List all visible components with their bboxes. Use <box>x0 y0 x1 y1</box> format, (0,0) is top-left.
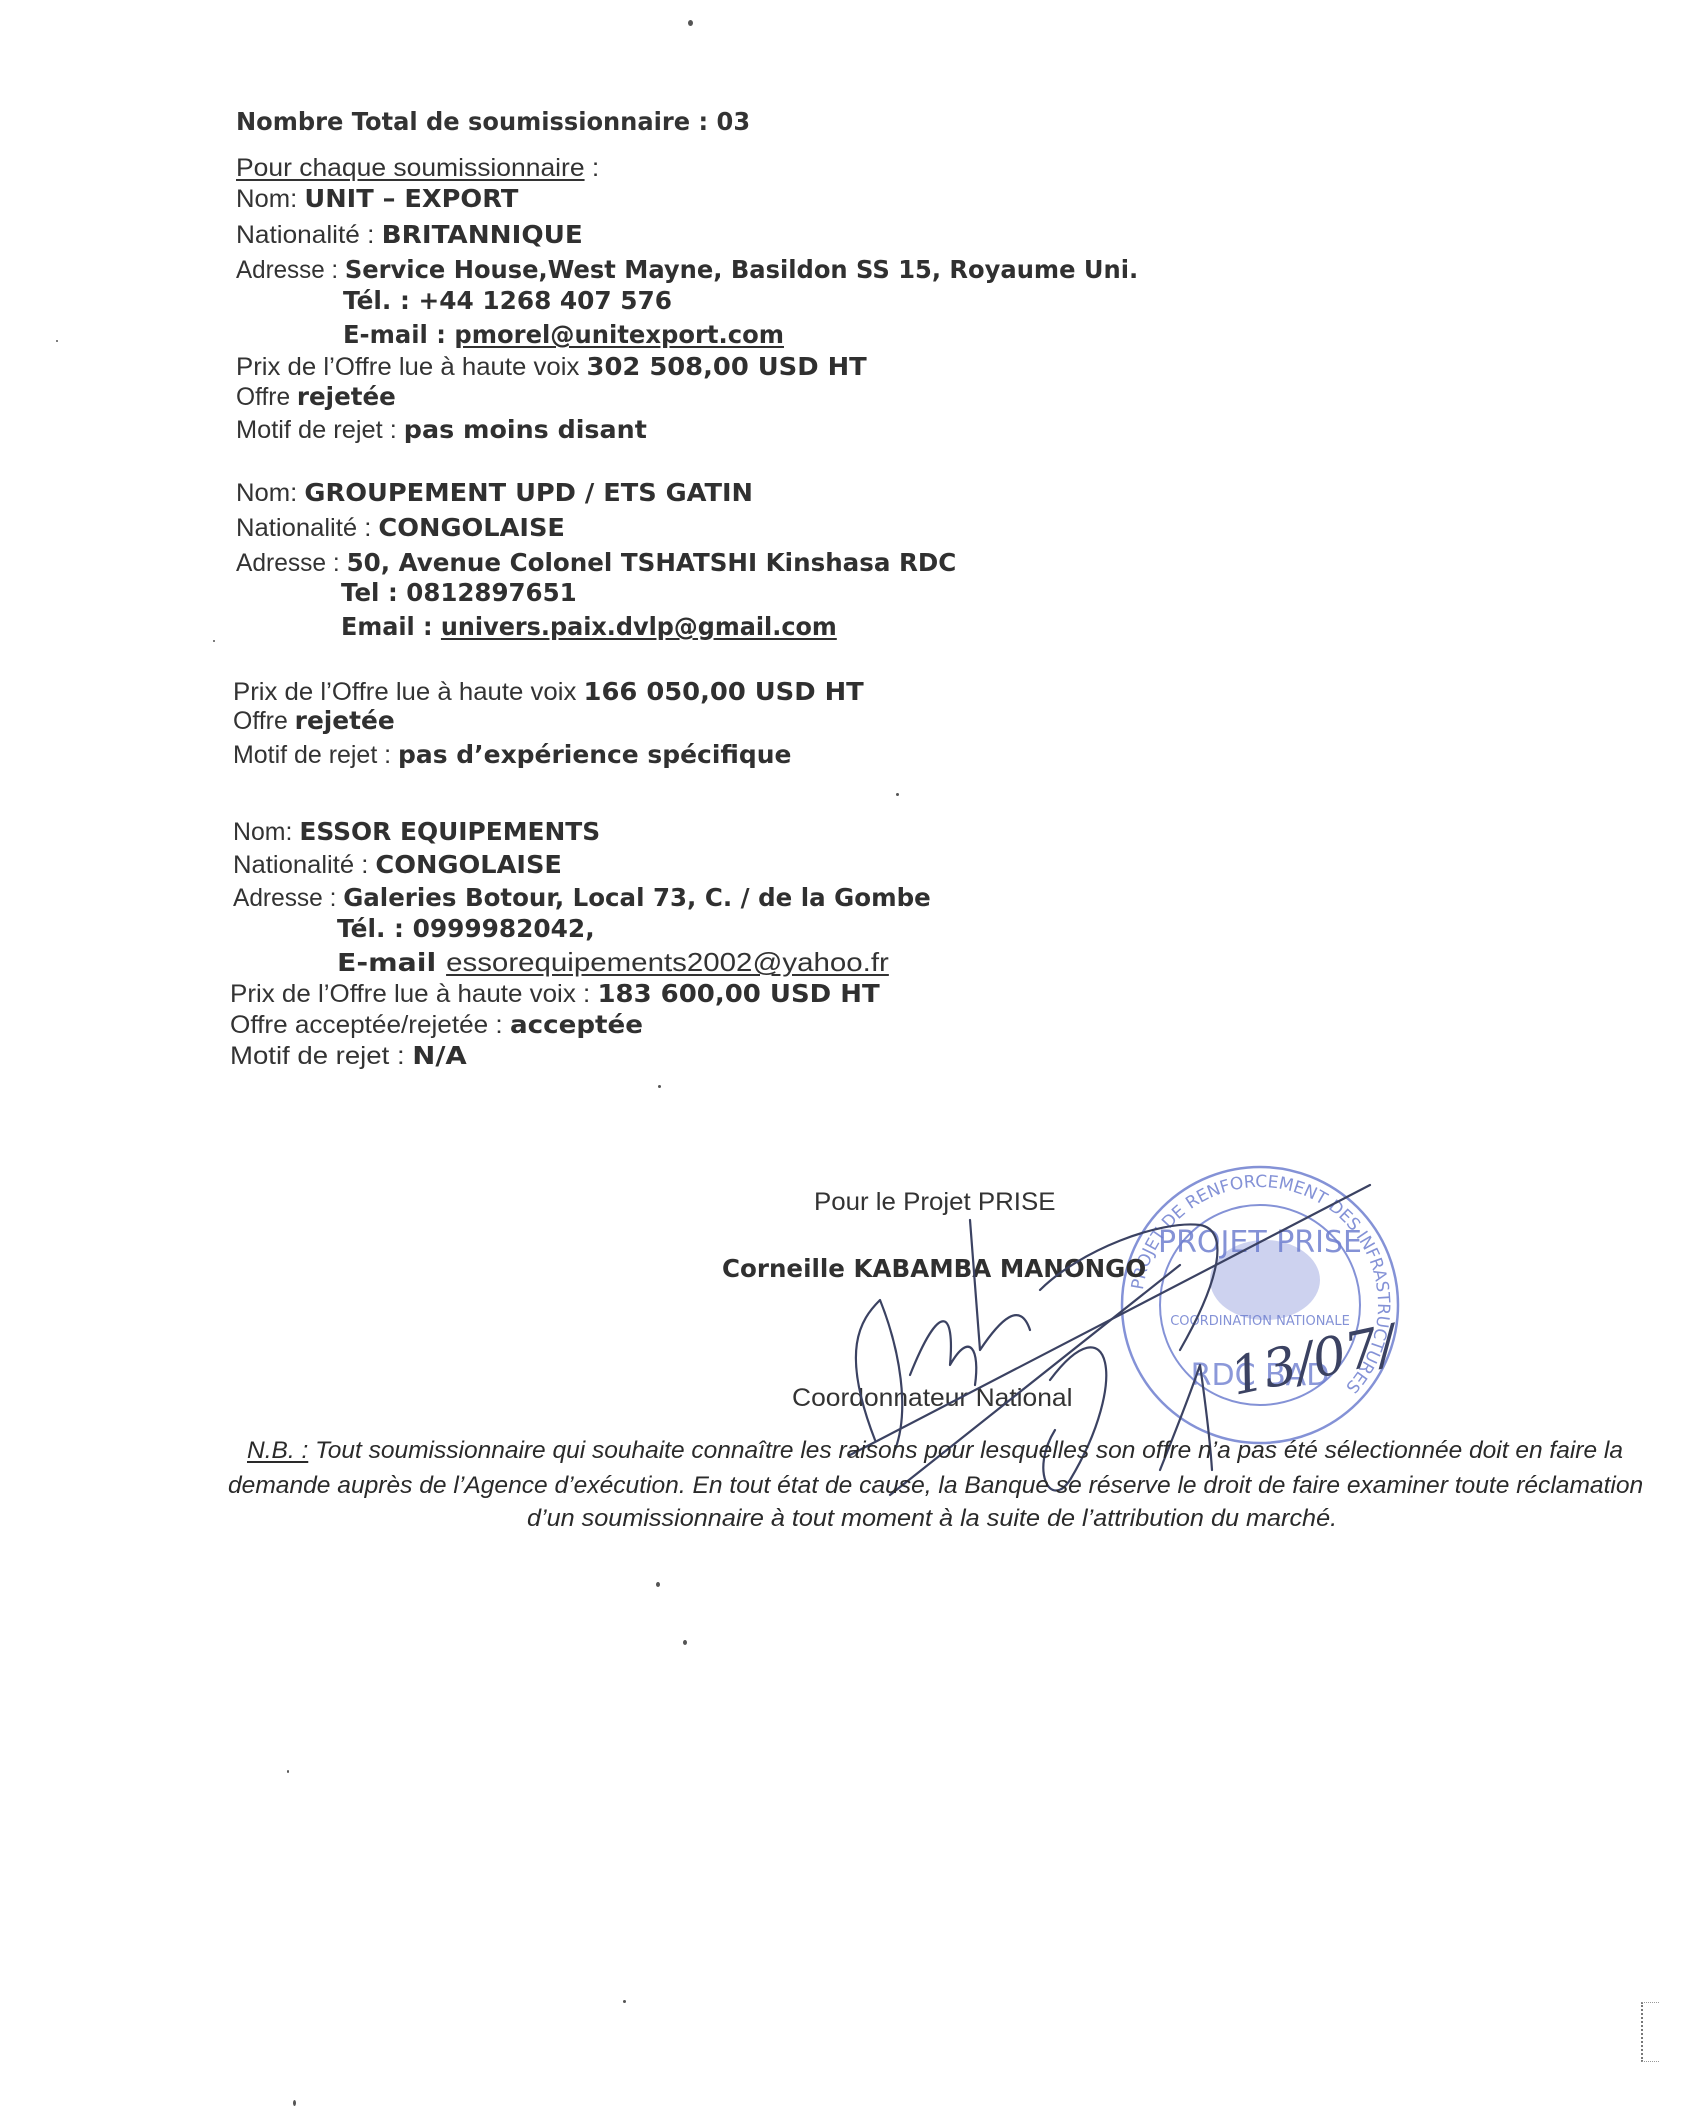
bidder-rejection-reason-line: Motif de rejet : pas d’expérience spécif… <box>233 739 791 771</box>
bidder-name: ESSOR EQUIPEMENTS <box>299 817 600 846</box>
bidder-price: 302 508,00 USD HT <box>587 352 867 381</box>
bidder-name: UNIT – EXPORT <box>304 184 518 213</box>
bidder-price-line: Prix de l’Offre lue à haute voix 166 050… <box>233 676 864 708</box>
nb-note-line: demande auprès de l’Agence d’exécution. … <box>228 1470 1643 1502</box>
scan-speck <box>287 1770 289 1773</box>
svg-text:PROJET DE RENFORCEMENT DES INF: PROJET DE RENFORCEMENT DES INFRASTRUCTUR… <box>1128 1172 1393 1397</box>
bidder-name-line: Nom: GROUPEMENT UPD / ETS GATIN <box>236 477 753 509</box>
bidder-nationality: CONGOLAISE <box>378 513 564 542</box>
bidder-nationality-line: Nationalité : CONGOLAISE <box>236 512 565 544</box>
scan-speck <box>623 2000 626 2003</box>
bidder-offer-status: rejetée <box>297 382 396 411</box>
bidder-nationality: CONGOLAISE <box>375 850 561 879</box>
nb-note-line: d’un soumissionnaire à tout moment à la … <box>527 1503 1337 1535</box>
bidder-address: Galeries Botour, Local 73, C. / de la Go… <box>343 883 931 912</box>
bidder-name-line: Nom: UNIT – EXPORT <box>236 183 518 215</box>
bidder-rejection-reason-line: Motif de rejet : pas moins disant <box>236 414 647 446</box>
bidder-phone: +44 1268 407 576 <box>418 286 672 315</box>
bidder-offer-status: rejetée <box>295 706 395 735</box>
bidder-rejection-reason: pas moins disant <box>404 415 647 444</box>
bidder-offer-status-line: Offre rejetée <box>233 705 395 737</box>
bidder-email-link[interactable]: univers.paix.dvlp@gmail.com <box>441 612 837 641</box>
bidder-offer-status-line: Offre rejetée <box>236 381 396 413</box>
bidder-phone-line: Tél. : +44 1268 407 576 <box>343 285 672 317</box>
scan-speck <box>56 340 58 342</box>
bidder-price: 183 600,00 USD HT <box>597 979 879 1008</box>
official-stamp-icon: PROJET DE RENFORCEMENT DES INFRASTRUCTUR… <box>1115 1160 1405 1450</box>
bidder-phone-line: Tél. : 0999982042, <box>337 913 595 945</box>
scan-speck <box>293 2100 296 2106</box>
scan-speck <box>656 1582 660 1587</box>
bidder-address-line: Adresse : Galeries Botour, Local 73, C. … <box>233 882 931 914</box>
bidder-price: 166 050,00 USD HT <box>584 677 864 706</box>
bidder-nationality-line: Nationalité : BRITANNIQUE <box>236 219 583 251</box>
svg-text:RDC BAD: RDC BAD <box>1191 1358 1330 1393</box>
bidder-nationality: BRITANNIQUE <box>382 220 583 249</box>
for-project-label: Pour le Projet PRISE <box>814 1186 1055 1218</box>
per-bidder-label: Pour chaque soumissionnaire <box>236 154 585 182</box>
bidder-phone-line: Tel : 0812897651 <box>341 577 577 609</box>
bidder-nationality-line: Nationalité : CONGOLAISE <box>233 849 562 881</box>
bidder-offer-status-line: Offre acceptée/rejetée : acceptée <box>230 1009 643 1041</box>
bidder-offer-status: acceptée <box>510 1010 643 1039</box>
scan-speck <box>896 793 899 796</box>
bidder-address-line: Adresse : Service House,West Mayne, Basi… <box>236 254 1138 286</box>
bidder-email-line: E-mail : pmorel@unitexport.com <box>343 319 784 351</box>
bidder-email-line: E-mail essorequipements2002@yahoo.fr <box>337 946 889 978</box>
nb-note-line: N.B. : Tout soumissionnaire qui souhaite… <box>247 1435 1623 1467</box>
bidder-address-line: Adresse : 50, Avenue Colonel TSHATSHI Ki… <box>236 547 956 579</box>
bidder-address: Service House,West Mayne, Basildon SS 15… <box>345 255 1138 284</box>
bidder-address: 50, Avenue Colonel TSHATSHI Kinshasa RDC <box>347 548 957 577</box>
scan-speck <box>658 1085 661 1088</box>
bidder-phone: 0812897651 <box>406 578 576 607</box>
scan-bracket-mark <box>1641 2002 1659 2062</box>
bidder-name: GROUPEMENT UPD / ETS GATIN <box>304 478 753 507</box>
bidder-price-line: Prix de l’Offre lue à haute voix : 183 6… <box>230 978 880 1010</box>
svg-text:13/07/16: 13/07/16 <box>1225 1300 1400 1407</box>
scan-speck <box>688 20 693 26</box>
scan-speck <box>213 640 215 642</box>
bidder-email-link[interactable]: pmorel@unitexport.com <box>454 320 784 349</box>
bidder-email-line: Email : univers.paix.dvlp@gmail.com <box>341 611 837 643</box>
bidder-rejection-reason: pas d’expérience spécifique <box>398 740 791 769</box>
bidder-phone: 0999982042, <box>413 914 595 943</box>
per-bidder-heading: Pour chaque soumissionnaire : <box>236 152 599 184</box>
scanned-document-page: Nombre Total de soumissionnaire : 03 Pou… <box>0 0 1700 2119</box>
total-bidders-label: Nombre Total de soumissionnaire : <box>236 107 717 136</box>
signatory-name: Corneille KABAMBA MANONGO <box>722 1253 1146 1285</box>
bidder-name-line: Nom: ESSOR EQUIPEMENTS <box>233 816 600 848</box>
total-bidders-value: 03 <box>717 107 751 136</box>
total-bidders-heading: Nombre Total de soumissionnaire : 03 <box>236 106 750 138</box>
bidder-email-link[interactable]: essorequipements2002@yahoo.fr <box>446 947 889 977</box>
bidder-price-line: Prix de l’Offre lue à haute voix 302 508… <box>236 351 867 383</box>
svg-text:COORDINATION NATIONALE: COORDINATION NATIONALE <box>1170 1314 1350 1329</box>
bidder-rejection-reason: N/A <box>412 1041 466 1070</box>
scan-speck <box>683 1640 687 1645</box>
nb-label: N.B. : <box>247 1437 308 1464</box>
svg-text:PROJET PRISE: PROJET PRISE <box>1158 1225 1362 1260</box>
bidder-rejection-reason-line: Motif de rejet : N/A <box>230 1040 467 1072</box>
signatory-role: Coordonnateur National <box>792 1382 1072 1414</box>
